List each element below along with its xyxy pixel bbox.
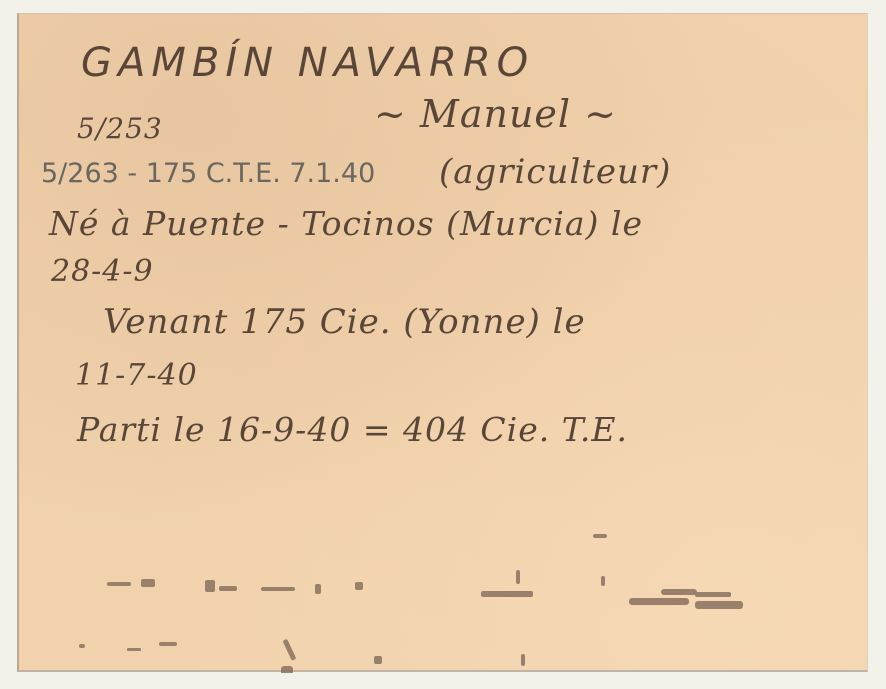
index-card: GAMBÍN NAVARRO ~ Manuel ~ 5/253 5/263 - … <box>17 13 868 672</box>
faded-ink-marks <box>19 14 870 673</box>
